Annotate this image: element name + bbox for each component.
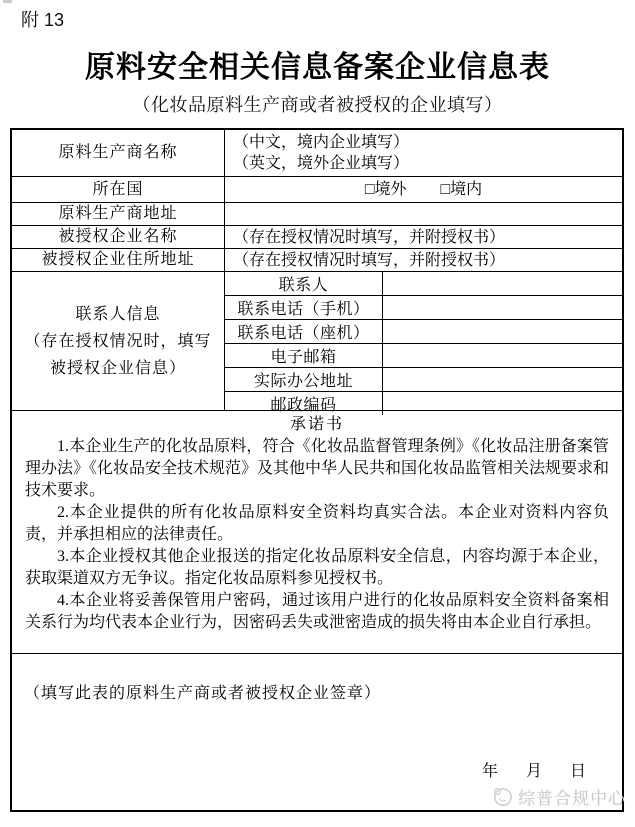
watermark-text: 综普合规中心: [518, 784, 626, 809]
checkbox-overseas[interactable]: □境外: [365, 179, 407, 200]
form-title: 原料安全相关信息备案企业信息表: [0, 42, 635, 86]
promise-paragraph-1: 1.本企业生产的化妆品原料，符合《化妆品监督管理条例》《化妆品注册备案管理办法》…: [25, 436, 609, 502]
table-row: 联系人: [225, 272, 622, 295]
producer-address-label: 原料生产商地址: [12, 203, 225, 225]
contact-person-field[interactable]: [383, 272, 622, 295]
table-row: 联系电话（座机）: [225, 319, 622, 343]
contact-section: 联系人信息 （存在授权情况时，填写 被授权企业信息） 联系人 联系电话（手机） …: [12, 271, 622, 410]
promise-paragraph-4: 4.本企业将妥善保管用户密码，通过该用户进行的化妆品原料安全资料备案相关系行为均…: [25, 590, 609, 634]
checkbox-domestic[interactable]: □境内: [441, 179, 483, 200]
promise-title: 承诺书: [25, 414, 609, 436]
contact-person-label: 联系人: [225, 272, 383, 295]
office-address-field[interactable]: [383, 368, 622, 391]
form-subtitle: （化妆品原料生产商或者被授权的企业填写）: [0, 91, 635, 117]
contact-group-label-line: （存在授权情况时，填写: [24, 328, 211, 355]
contact-group-label-line: 联系人信息: [75, 301, 160, 328]
table-row: 联系电话（手机）: [225, 295, 622, 319]
enterprise-info-table: 原料生产商名称 （中文，境内企业填写） （英文，境外企业填写） 所在国 □境外 …: [10, 128, 624, 812]
table-row: 所在国 □境外 □境内: [12, 176, 622, 202]
contact-rows: 联系人 联系电话（手机） 联系电话（座机） 电子邮箱 实际办公地址: [225, 272, 622, 410]
form-document-page: 附 13 原料安全相关信息备案企业信息表 （化妆品原料生产商或者被授权的企业填写…: [0, 0, 635, 827]
authorized-address-label: 被授权企业住所地址: [12, 249, 225, 271]
day-label: 日: [570, 758, 586, 781]
country-label: 所在国: [12, 177, 225, 202]
landline-phone-label: 联系电话（座机）: [225, 320, 383, 343]
producer-name-hint-en: （英文，境外企业填写）: [233, 153, 614, 174]
producer-name-field[interactable]: （中文，境内企业填写） （英文，境外企业填写）: [225, 130, 622, 176]
promise-paragraph-3: 3.本企业授权其他企业报送的指定化妆品原料安全信息，内容均源于本企业，获取渠道双…: [25, 546, 609, 590]
promise-letter: 承诺书 1.本企业生产的化妆品原料，符合《化妆品监督管理条例》《化妆品注册备案管…: [12, 411, 622, 653]
authorized-name-field[interactable]: （存在授权情况时填写，并附授权书）: [225, 226, 622, 248]
attachment-number: 附 13: [21, 6, 64, 32]
email-label: 电子邮箱: [225, 344, 383, 367]
producer-name-hint-cn: （中文，境内企业填写）: [233, 132, 614, 153]
email-field[interactable]: [383, 344, 622, 367]
contact-group-label-line: 被授权企业信息）: [50, 355, 186, 382]
mobile-phone-field[interactable]: [383, 296, 622, 319]
signature-date: 年 月 日: [482, 758, 586, 781]
promise-paragraph-2: 2.本企业提供的所有化妆品原料安全资料均真实合法。本企业对资料内容负责，并承担相…: [25, 502, 609, 546]
table-row: 电子邮箱: [225, 343, 622, 367]
landline-phone-field[interactable]: [383, 320, 622, 343]
table-row: 实际办公地址: [225, 367, 622, 391]
table-row: 原料生产商名称 （中文，境内企业填写） （英文，境外企业填写）: [12, 130, 622, 176]
country-field: □境外 □境内: [225, 177, 622, 202]
producer-address-field[interactable]: [225, 203, 622, 225]
scroll-corner-artifact: [3, 0, 12, 3]
mobile-phone-label: 联系电话（手机）: [225, 296, 383, 319]
month-label: 月: [526, 758, 542, 781]
compliance-logo-icon: [492, 786, 513, 807]
signature-note: （填写此表的原料生产商或者被授权企业签章）: [24, 680, 610, 703]
promise-section: 承诺书 1.本企业生产的化妆品原料，符合《化妆品监督管理条例》《化妆品注册备案管…: [12, 410, 622, 653]
table-row: 原料生产商地址: [12, 202, 622, 225]
year-label: 年: [482, 758, 498, 781]
authorized-address-field[interactable]: （存在授权情况时填写，并附授权书）: [225, 249, 622, 271]
table-row: 被授权企业名称 （存在授权情况时填写，并附授权书）: [12, 225, 622, 248]
watermark: 综普合规中心: [492, 784, 626, 809]
authorized-name-label: 被授权企业名称: [12, 226, 225, 248]
contact-group-label: 联系人信息 （存在授权情况时，填写 被授权企业信息）: [12, 272, 225, 410]
producer-name-label: 原料生产商名称: [12, 130, 225, 176]
office-address-label: 实际办公地址: [225, 368, 383, 391]
table-row: 被授权企业住所地址 （存在授权情况时填写，并附授权书）: [12, 248, 622, 271]
